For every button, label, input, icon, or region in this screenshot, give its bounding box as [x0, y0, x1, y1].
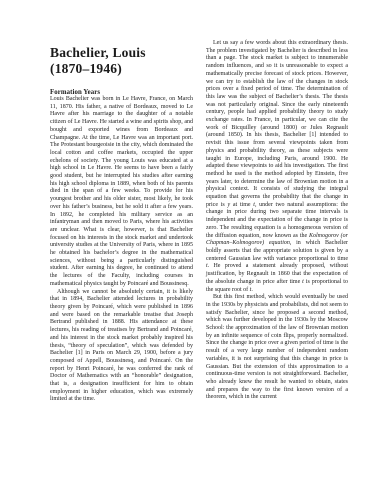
entry-title: Bachelier, Louis (1870–1946) [50, 45, 200, 76]
encyclopedia-page: Bachelier, Louis (1870–1946) Formation Y… [0, 0, 392, 500]
entry-title-line-2: (1870–1946) [50, 61, 122, 76]
paragraph: Louis Bachelier was born in Le Havre, Fr… [50, 96, 193, 289]
text-run: But this first method, which would event… [206, 294, 348, 400]
text-run: . [251, 287, 253, 293]
paragraph: Although we cannot be absolutely certain… [50, 289, 193, 405]
section-heading-formation-years: Formation Years [50, 89, 100, 96]
paragraph: But this first method, which would event… [206, 294, 348, 402]
text-run: Let us say a few words about this extrao… [206, 40, 348, 208]
entry-title-line-1: Bachelier, Louis [50, 45, 146, 60]
left-column: Louis Bachelier was born in Le Havre, Fr… [50, 96, 193, 404]
text-run: at time [230, 202, 253, 208]
right-column: Let us say a few words about this extrao… [206, 40, 348, 402]
text-run: Although we cannot be absolutely certain… [50, 289, 193, 403]
text-run: Louis Bachelier was born in Le Havre, Fr… [50, 96, 193, 287]
paragraph: Let us say a few words about this extrao… [206, 40, 348, 294]
